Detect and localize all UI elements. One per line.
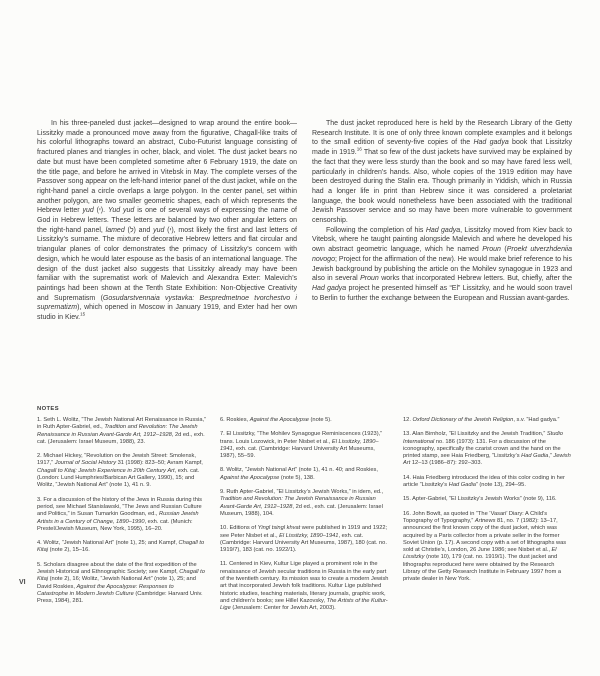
note-10: 10. Editions of Yingl tsingl khvat were … xyxy=(220,525,389,554)
notes-column-1: 1. Seth L. Wolitz, “The Jewish National … xyxy=(37,417,206,613)
note-14: 14. Haia Friedberg introduced the idea o… xyxy=(403,475,572,490)
main-text-left-column: In his three-paneled dust jacket—designe… xyxy=(37,119,297,323)
book-page: In his three-paneled dust jacket—designe… xyxy=(0,0,600,676)
notes-heading: NOTES xyxy=(37,406,59,412)
note-7: 7. El Lissitzky, “The Mohilev Synagogue … xyxy=(220,431,389,460)
body-paragraph-1: In his three-paneled dust jacket—designe… xyxy=(37,119,297,323)
note-15: 15. Apter-Gabriel, “El Lissitzky’s Jewis… xyxy=(403,496,572,503)
note-13: 13. Alan Birnholz, “El Lissitzky and the… xyxy=(403,431,572,467)
note-2: 2. Michael Hickey, “Revolution on the Je… xyxy=(37,453,206,489)
note-4: 4. Wolitz, “Jewish National Art” (note 1… xyxy=(37,540,206,555)
notes-column-2: 6. Roskies, Against the Apocalypse (note… xyxy=(220,417,389,620)
note-6: 6. Roskies, Against the Apocalypse (note… xyxy=(220,417,389,424)
note-3: 3. For a discussion of the history of th… xyxy=(37,497,206,533)
note-1: 1. Seth L. Wolitz, “The Jewish National … xyxy=(37,417,206,446)
note-11: 11. Centered in Kiev, Kultur Lige played… xyxy=(220,561,389,612)
page-number: VI xyxy=(19,579,26,586)
note-5: 5. Scholars disagree about the date of t… xyxy=(37,562,206,606)
body-paragraph-2: The dust jacket reproduced here is held … xyxy=(312,119,572,226)
main-text-right-column: The dust jacket reproduced here is held … xyxy=(312,119,572,303)
note-12: 12. Oxford Dictionary of the Jewish Reli… xyxy=(403,417,572,424)
note-8: 8. Wolitz, “Jewish National Art” (note 1… xyxy=(220,467,389,482)
note-9: 9. Ruth Apter-Gabriel, “El Lissitzky’s J… xyxy=(220,489,389,518)
body-paragraph-3: Following the completion of his Had gady… xyxy=(312,226,572,304)
notes-column-3: 12. Oxford Dictionary of the Jewish Reli… xyxy=(403,417,572,591)
note-16: 16. John Bowlt, as quoted in “The ‘Vasar… xyxy=(403,511,572,584)
